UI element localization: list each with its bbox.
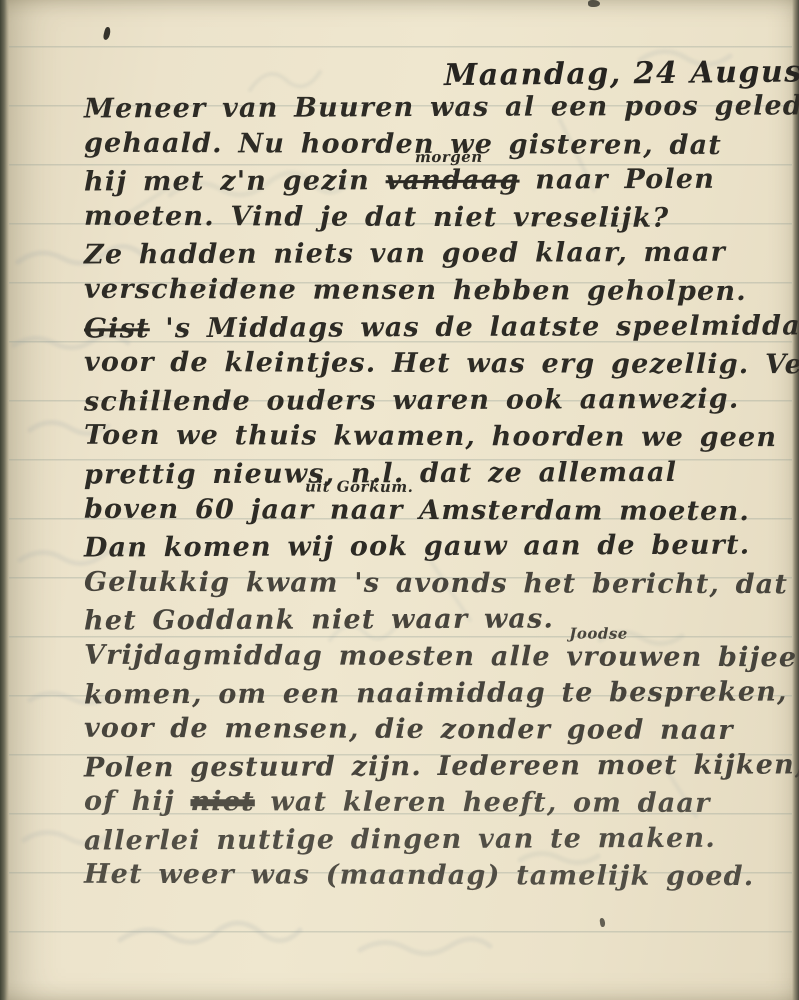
text-line: het Goddank niet waar was. xyxy=(84,601,783,641)
text-segment: naar Polen xyxy=(519,164,715,196)
text-line: prettig nieuws, n.l. dat ze allemaal xyxy=(84,454,783,494)
text-segment: Ze hadden niets van goed klaar, maar xyxy=(84,237,726,271)
text-line: Gelukkig kwam 's avonds het bericht, dat xyxy=(84,564,783,603)
struck-word: vandaagmorgen xyxy=(386,165,520,197)
stray-ink-mark xyxy=(103,26,112,40)
adjacent-page-edge xyxy=(792,0,799,1000)
text-segment: wat kleren heeft, om daar xyxy=(255,787,711,820)
text-line: verscheidene mensen hebben geholpen. xyxy=(84,272,783,311)
inserted-word-above-line: Joodse xyxy=(569,626,628,641)
text-segment: 's Middags was de laatste speelmiddag xyxy=(150,310,799,344)
struck-word: niet xyxy=(190,786,254,817)
text-segment: boven 60 jaar xyxy=(84,493,330,525)
text-segment: Polen gestuurd zijn. Iedereen moet kijke… xyxy=(84,749,799,783)
text-segment: komen, om een naaimiddag te bespreken, xyxy=(84,676,788,710)
text-line: allerlei nuttige dingen van te maken. xyxy=(84,820,783,860)
text-segment: moeten. Vind je dat niet vreselijk? xyxy=(84,201,669,234)
text-segment: verscheidene mensen hebben geholpen. xyxy=(84,274,747,307)
text-line: Ze hadden niets van goed klaar, maar xyxy=(84,235,783,275)
text-segment: voor de kleintjes. Het was erg gezellig.… xyxy=(84,347,799,381)
diary-text: Meneer van Buuren was al een poos gelede… xyxy=(84,90,783,895)
text-segment: voor de mensen, die zonder goed naar xyxy=(84,713,734,746)
notebook-page: Maandag, 24 Augustus Meneer van Buuren w… xyxy=(0,0,799,1000)
text-segment: of hij xyxy=(84,786,191,817)
text-line: of hij niet wat kleren heeft, om daar xyxy=(84,784,783,823)
text-line: hij met z'n gezin vandaagmorgen naar Pol… xyxy=(84,162,783,202)
text-segment: Toen we thuis kwamen, hoorden we geen xyxy=(84,420,777,453)
text-segment: Meneer van Buuren was al een poos gelede… xyxy=(84,90,799,124)
text-line: Het weer was (maandag) tamelijk goed. xyxy=(84,857,783,896)
text-line: Vrijdagmiddag moesten alle vrouwenJoodse… xyxy=(84,638,783,677)
text-segment: bijeen xyxy=(702,642,799,673)
inserted-word-above-line: morgen xyxy=(415,150,483,165)
text-line: Toen we thuis kwamen, hoorden we geen xyxy=(84,418,783,457)
text-segment: schillende ouders waren ook aanwezig. xyxy=(84,383,740,417)
text-segment: allerlei nuttige dingen van te maken. xyxy=(84,823,716,857)
text-segment: gehaald. Nu hoorden we gisteren, dat xyxy=(84,127,722,160)
ink-speck-top xyxy=(588,0,600,7)
text-line: Meneer van Buuren was al een poos gelede… xyxy=(84,88,783,128)
struck-word: Gist xyxy=(84,313,150,344)
text-line: Dan komen wij ook gauw aan de beurt. xyxy=(84,528,783,568)
text-segment: vrouwenJoodse xyxy=(566,641,702,672)
text-line: boven 60 jaar naaruit Gorkum. Amsterdam … xyxy=(84,491,783,530)
text-line: schillende ouders waren ook aanwezig. xyxy=(84,381,783,421)
text-segment: Het weer was (maandag) tamelijk goed. xyxy=(84,859,754,892)
text-segment: Dan komen wij ook gauw aan de beurt. xyxy=(84,530,750,564)
text-segment: Vrijdagmiddag moesten alle xyxy=(84,640,567,673)
text-line: voor de kleintjes. Het was erg gezellig.… xyxy=(84,345,783,384)
text-segment: Gelukkig kwam 's avonds het bericht, dat xyxy=(84,566,788,599)
text-line: voor de mensen, die zonder goed naar xyxy=(84,711,783,750)
date-heading: Maandag, 24 Augustus xyxy=(444,54,799,93)
text-segment: hij met z'n gezin xyxy=(84,165,386,197)
text-segment: naaruit Gorkum. xyxy=(330,494,404,525)
text-segment: het Goddank niet waar was. xyxy=(84,604,554,637)
text-segment: Amsterdam moeten. xyxy=(404,494,750,526)
text-line: Gist 's Middags was de laatste speelmidd… xyxy=(84,308,783,348)
text-line: moeten. Vind je dat niet vreselijk? xyxy=(84,199,783,238)
text-line: Polen gestuurd zijn. Iedereen moet kijke… xyxy=(84,747,783,787)
binding-edge xyxy=(0,0,9,1000)
text-line: komen, om een naaimiddag te bespreken, xyxy=(84,674,783,714)
inserted-word-above-line: uit Gorkum. xyxy=(305,479,413,494)
